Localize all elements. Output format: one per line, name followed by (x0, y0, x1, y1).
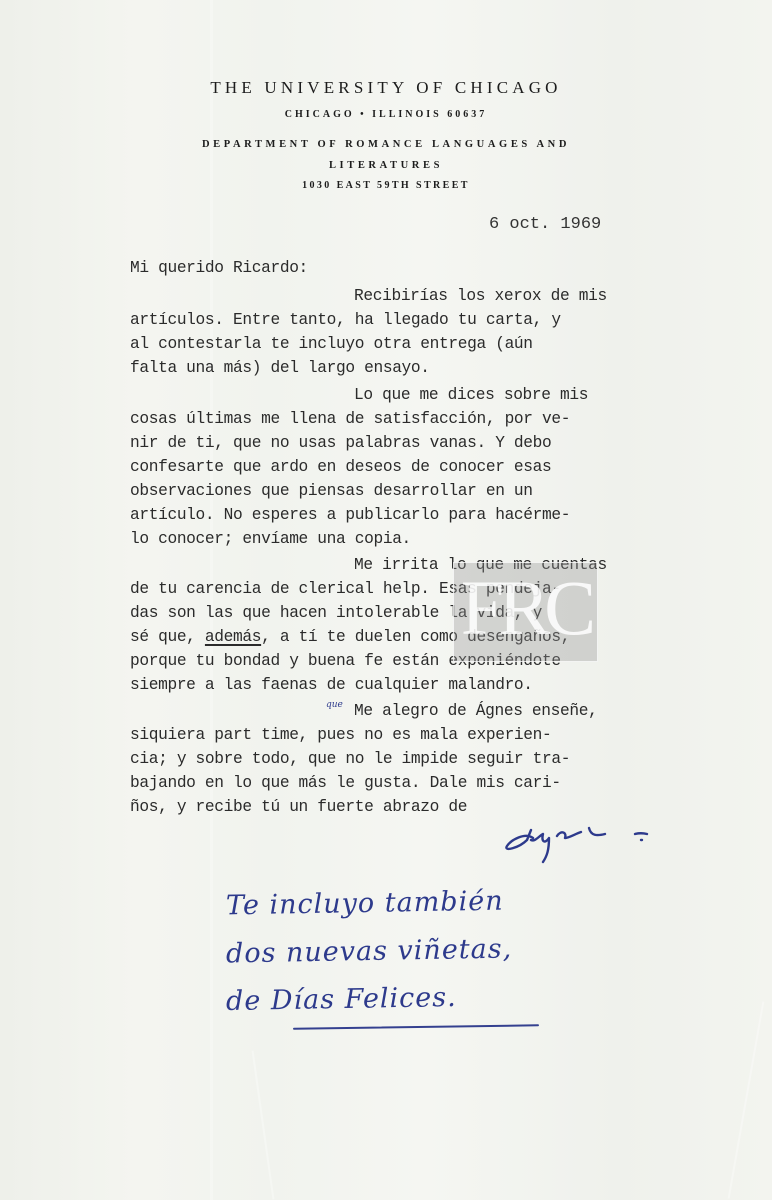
body-line: falta una más) del largo ensayo. (130, 359, 430, 377)
body-line: lo conocer; envíame una copia. (130, 530, 411, 548)
body-text: sé que, (130, 628, 205, 646)
watermark-logo: FRC (453, 562, 598, 662)
signature (505, 826, 655, 881)
body-line: siempre a las faenas de cualquier maland… (130, 676, 533, 694)
body-line: observaciones que piensas desarrollar en… (130, 482, 533, 500)
postscript-line: Te incluyo también (226, 886, 504, 922)
letterhead-department-cont: LITERATURES (0, 160, 772, 171)
postscript-line: de Días Felices. (226, 982, 457, 1017)
paper-crease (728, 1001, 765, 1198)
postscript-line: dos nuevas viñetas, (226, 934, 513, 970)
body-line: artículo. No esperes a publicarlo para h… (130, 506, 570, 524)
watermark-text: FRC (454, 569, 597, 647)
paper-crease (252, 1051, 275, 1200)
letter-date: 6 oct. 1969 (489, 215, 601, 234)
postscript-underline (293, 1024, 539, 1029)
body-line: nir de ti, que no usas palabras vanas. Y… (130, 434, 551, 452)
body-line: artículos. Entre tanto, ha llegado tu ca… (130, 311, 561, 329)
body-line: confesarte que ardo en deseos de conocer… (130, 458, 551, 476)
body-line: ños, y recibe tú un fuerte abrazo de (130, 798, 467, 816)
body-line: Me alegro de Ágnes enseñe, (354, 702, 597, 720)
handwritten-insertion: que (326, 700, 343, 710)
underlined-word: además (205, 628, 261, 646)
letterhead-institution: THE UNIVERSITY OF CHICAGO (0, 78, 772, 98)
body-line: al contestarla te incluyo otra entrega (… (130, 335, 533, 353)
body-line: Recibirías los xerox de mis (354, 287, 607, 305)
body-line: siquiera part time, pues no es mala expe… (130, 726, 551, 744)
body-line: cia; y sobre todo, que no le impide segu… (130, 750, 570, 768)
letterhead-city: CHICAGO • ILLINOIS 60637 (0, 109, 772, 120)
letterhead-department: DEPARTMENT OF ROMANCE LANGUAGES AND (0, 139, 772, 150)
salutation: Mi querido Ricardo: (130, 259, 308, 277)
body-line: cosas últimas me llena de satisfacción, … (130, 410, 570, 428)
body-line: Lo que me dices sobre mis (354, 386, 588, 404)
signature-icon (505, 826, 655, 876)
letterhead-address: 1030 EAST 59TH STREET (0, 180, 772, 191)
body-line: bajando en lo que más le gusta. Dale mis… (130, 774, 561, 792)
